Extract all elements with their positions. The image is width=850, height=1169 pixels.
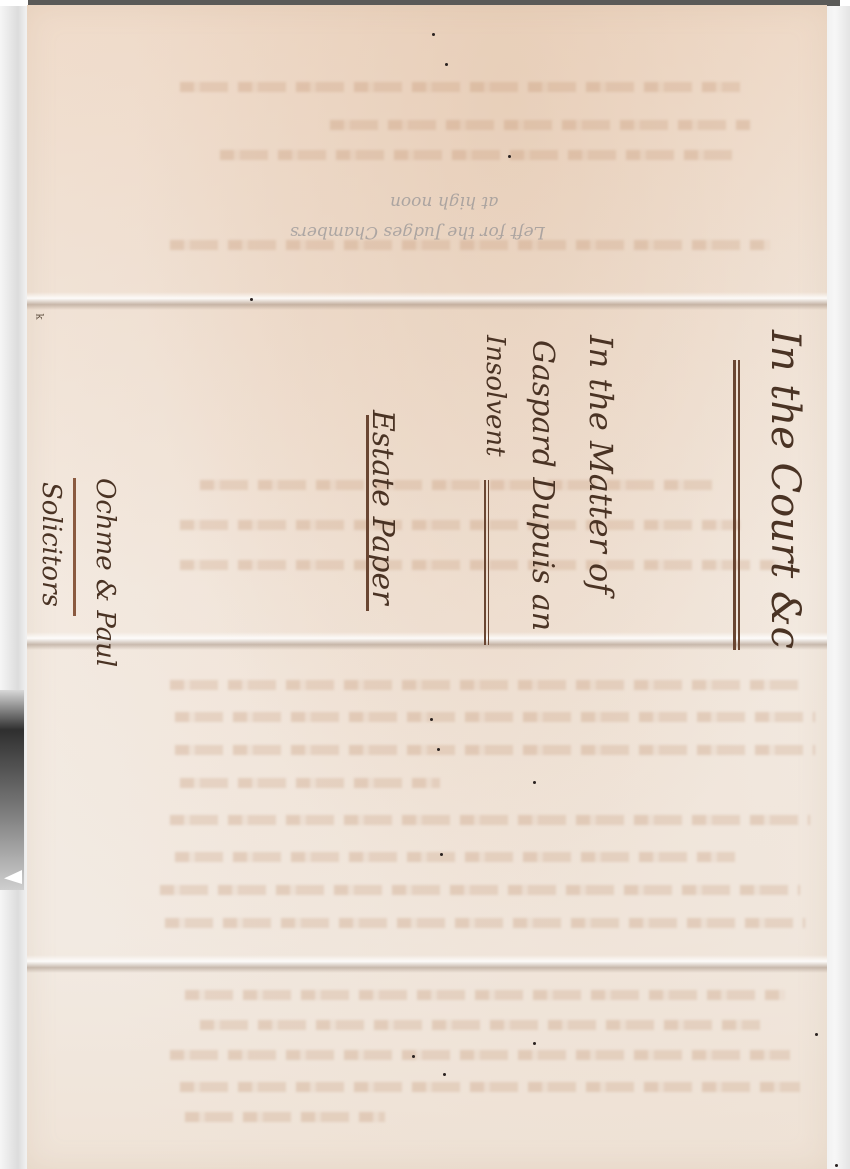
fold-crease xyxy=(27,955,827,973)
paper-speck xyxy=(508,155,511,158)
paper-speck xyxy=(815,1033,818,1036)
solicitors-rule xyxy=(73,478,76,616)
paper-speck xyxy=(835,1164,838,1167)
bleed-through-line xyxy=(200,1020,760,1030)
fold-crease xyxy=(27,632,827,650)
matter-line-2: Gaspard Dupuis an xyxy=(525,340,560,631)
bleed-through-line xyxy=(185,990,785,1000)
paper-speck xyxy=(440,853,443,856)
bleed-through-line xyxy=(175,745,815,755)
bleed-through-line xyxy=(160,885,800,895)
bleed-through-line xyxy=(175,712,815,722)
heading-double-rule xyxy=(733,360,736,650)
pencil-note-line-1: Left for the Judges Chambers xyxy=(290,222,545,242)
bleed-through-line xyxy=(180,82,740,92)
bleed-through-line xyxy=(180,1082,800,1092)
fold-crease xyxy=(27,292,827,310)
bleed-through-line xyxy=(200,480,720,490)
bleed-through-line xyxy=(170,815,810,825)
bleed-through-line xyxy=(170,1050,790,1060)
paper-speck xyxy=(432,33,435,36)
paper-speck xyxy=(437,748,440,751)
solicitors-name: Ochme & Paul xyxy=(90,478,120,667)
bleed-through-line xyxy=(170,680,800,690)
docket-title-rule xyxy=(366,415,369,611)
paper-speck xyxy=(533,781,536,784)
paper-speck xyxy=(412,1055,415,1058)
paper-speck xyxy=(533,1042,536,1045)
bleed-through-line xyxy=(165,918,805,928)
paper-speck xyxy=(443,1073,446,1076)
heading-double-rule xyxy=(738,360,740,650)
bleed-through-line xyxy=(330,120,750,130)
matter-line-3: Insolvent xyxy=(480,335,510,457)
scanner-left-shadow xyxy=(0,690,24,890)
bleed-through-line xyxy=(220,150,740,160)
pencil-note-line-2: at high noon xyxy=(390,192,498,212)
docket-title: Estate Paper xyxy=(365,410,400,605)
matter-rule xyxy=(488,480,489,645)
court-heading: In the Court &c xyxy=(762,330,808,649)
solicitors-label: Solicitors xyxy=(36,482,66,607)
paper-speck xyxy=(250,298,253,301)
bleed-through-line xyxy=(180,778,440,788)
paper-speck xyxy=(445,63,448,66)
margin-mark: k xyxy=(34,313,45,319)
bleed-through-line xyxy=(180,560,780,570)
bleed-through-line xyxy=(185,1112,385,1122)
matter-rule xyxy=(484,480,486,645)
bleed-through-line xyxy=(175,852,735,862)
matter-line-1: In the Matter of xyxy=(582,335,620,594)
paper-speck xyxy=(430,718,433,721)
bleed-through-line xyxy=(180,520,740,530)
